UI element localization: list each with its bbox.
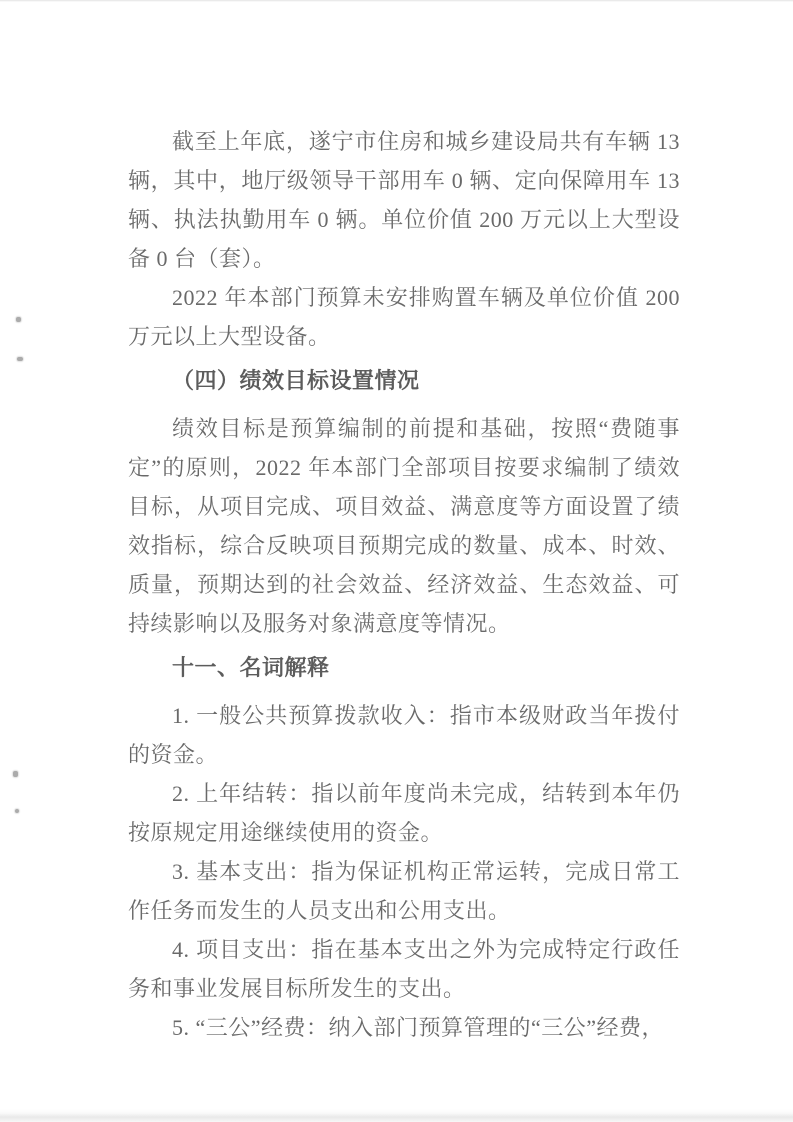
scanned-document-page: { "colors": { "page_background": "#fffff… [0,0,793,1122]
heading-performance-targets: （四）绩效目标设置情况 [128,361,680,400]
glossary-item-4-project-expense: 4. 项目支出：指在基本支出之外为完成特定行政任务和事业发展目标所发生的支出。 [128,930,680,1008]
glossary-item-5-three-public: 5. “三公”经费：纳入部门预算管理的“三公”经费， [128,1008,680,1047]
heading-glossary: 十一、名词解释 [128,648,680,687]
paragraph-performance-targets: 绩效目标是预算编制的前提和基础，按照“费随事定”的原则，2022 年本部门全部项… [128,409,680,643]
glossary-item-1-general-budget: 1. 一般公共预算拨款收入：指市本级财政当年拨付的资金。 [128,696,680,774]
scan-speck-artifact [15,809,19,813]
page-top-edge [0,0,793,2]
scan-speck-artifact [17,357,23,361]
scan-speck-artifact [16,317,21,322]
paragraph-vehicle-summary: 截至上年底，遂宁市住房和城乡建设局共有车辆 13 辆，其中，地厅级领导干部用车 … [128,122,680,278]
page-bottom-shadow [0,1109,793,1122]
scan-speck-artifact [13,771,18,777]
document-text-block: 截至上年底，遂宁市住房和城乡建设局共有车辆 13 辆，其中，地厅级领导干部用车 … [128,122,680,1047]
glossary-item-2-carryover: 2. 上年结转：指以前年度尚未完成，结转到本年仍按原规定用途继续使用的资金。 [128,774,680,852]
paragraph-2022-procurement: 2022 年本部门预算未安排购置车辆及单位价值 200 万元以上大型设备。 [128,278,680,356]
glossary-item-3-basic-expense: 3. 基本支出：指为保证机构正常运转，完成日常工作任务而发生的人员支出和公用支出… [128,852,680,930]
